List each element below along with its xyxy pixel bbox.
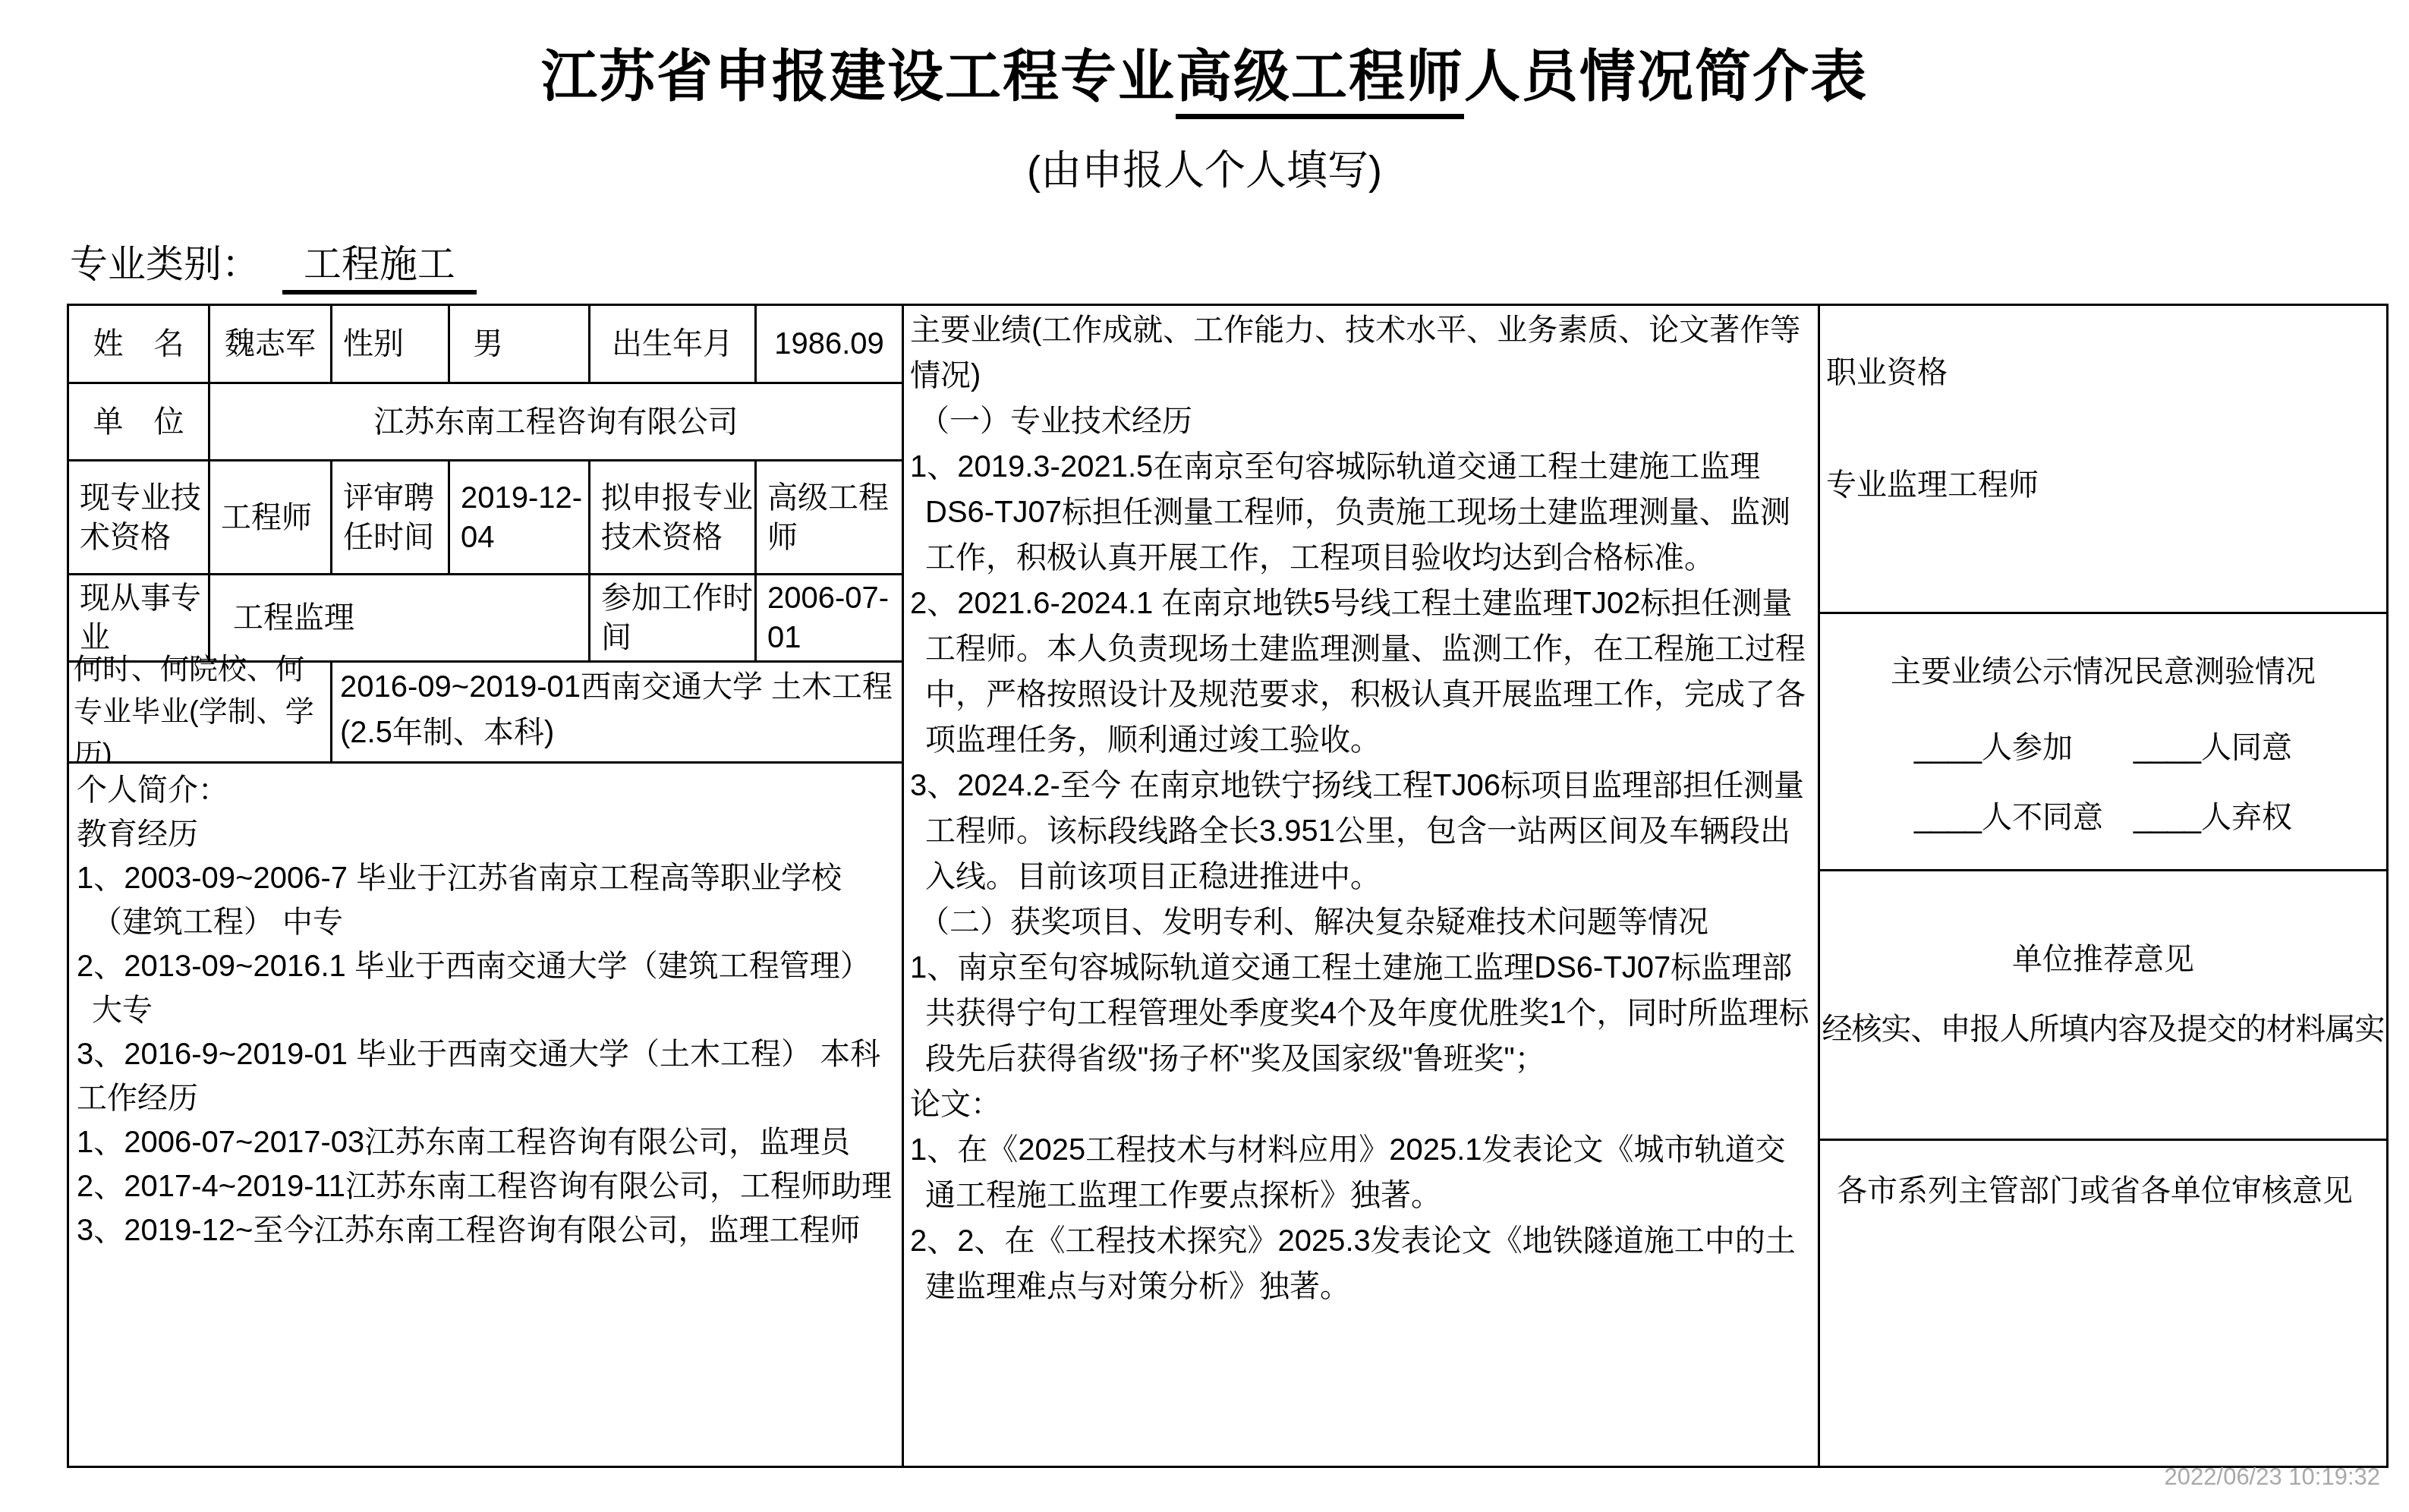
achievements-paragraph: 论文： — [910, 1082, 1810, 1127]
profile-heading: 个人简介： — [77, 768, 894, 812]
profile-line: 1、2003-09~2006-7 毕业于江苏省南京工程高等职业学校（建筑工程） … — [77, 856, 894, 944]
achievements-paragraph: 2、2021.6-2024.1 在南京地铁5号线工程土建监理TJ02标担任测量工… — [910, 581, 1810, 763]
page-title-suffix: 人员情况简介表 — [1464, 45, 1868, 108]
poll-title: 主要业绩公示情况民意测验情况 — [1820, 649, 2386, 695]
unit-value-cell: 江苏东南工程咨询有限公司 — [208, 382, 904, 461]
profile-line: 1、2006-07~2017-03江苏东南工程咨询有限公司，监理员 — [77, 1120, 894, 1164]
authority-review-box: 各市系列主管部门或省各单位审核意见 — [1818, 1139, 2389, 1468]
achievements-paragraph: 1、南京至句容城际轨道交通工程土建施工监理DS6-TJ07标监理部共获得宁句工程… — [910, 945, 1810, 1082]
achievements-paragraph: 1、2019.3-2021.5在南京至句容城际轨道交通工程土建施工监理DS6-T… — [910, 444, 1810, 581]
achievements-header: 主要业绩(工作成就、工作能力、技术水平、业务素质、论文著作等情况) — [910, 307, 1810, 398]
poll-line: ____人参加 ____人同意 — [1820, 725, 2386, 770]
qualification-title: 职业资格 — [1826, 350, 2379, 395]
appoint-label-cell: 评审聘任时间 — [330, 459, 450, 575]
poll-box: 主要业绩公示情况民意测验情况 ____人参加 ____人同意 ____人不同意 … — [1818, 612, 2389, 871]
category-value: 工程施工 — [282, 243, 477, 295]
apply-title-label-cell: 拟申报专业技术资格 — [588, 459, 757, 575]
timestamp: 2022/06/23 10:19:32 — [2165, 1463, 2380, 1491]
achievements-paragraph: （一）专业技术经历 — [910, 398, 1810, 444]
qualification-box: 职业资格 专业监理工程师 — [1818, 304, 2389, 614]
authority-review-title: 各市系列主管部门或省各单位审核意见 — [1837, 1168, 2379, 1214]
achievements-section: 主要业绩(工作成就、工作能力、技术水平、业务素质、论文著作等情况) （一）专业技… — [902, 304, 1820, 1468]
employer-opinion-text: 经核实、申报人所填内容及提交的材料属实 — [1820, 1006, 2386, 1052]
achievements-paragraph: 1、在《2025工程技术与材料应用》2025.1发表论文《城市轨道交通工程施工监… — [910, 1127, 1810, 1218]
unit-label-cell: 单 位 — [67, 382, 210, 461]
employer-opinion-box: 单位推荐意见 经核实、申报人所填内容及提交的材料属实 — [1818, 869, 2389, 1141]
education-value-cell: 2016-09~2019-01西南交通大学 土木工程 (2.5年制、本科) — [330, 660, 904, 764]
current-title-value-cell: 工程师 — [208, 459, 332, 575]
achievements-paragraph: （二）获奖项目、发明专利、解决复杂疑难技术问题等情况 — [910, 899, 1810, 945]
profile-line: 教育经历 — [77, 812, 894, 856]
profile-line: 2、2017-4~2019-11江苏东南工程咨询有限公司，工程师助理 — [77, 1164, 894, 1208]
page-title-underlined: 高级工程师 — [1176, 45, 1464, 119]
profile-section: 个人简介： 教育经历 1、2003-09~2006-7 毕业于江苏省南京工程高等… — [67, 761, 904, 1468]
page-title-prefix: 江苏省申报建设工程专业 — [541, 45, 1176, 108]
page-title: 江苏省申报建设工程专业高级工程师人员情况简介表 — [0, 32, 2409, 112]
education-label-cell: 何时、何院校、何专业毕业(学制、学历) — [67, 660, 332, 764]
gender-value-cell: 男 — [448, 304, 590, 384]
join-date-label-cell: 参加工作时间 — [588, 573, 757, 663]
profile-line: 3、2019-12~至今江苏东南工程咨询有限公司，监理工程师 — [77, 1208, 894, 1252]
profile-line: 3、2016-9~2019-01 毕业于西南交通大学（土木工程） 本科 — [77, 1032, 894, 1076]
category-label: 专业类别： — [70, 243, 260, 285]
qualification-value: 专业监理工程师 — [1826, 462, 2379, 508]
poll-line: ____人不同意 ____人弃权 — [1820, 795, 2386, 840]
current-title-label-cell: 现专业技术资格 — [67, 459, 210, 575]
achievements-paragraph: 3、2024.2-至今 在南京地铁宁扬线工程TJ06标项目监理部担任测量工程师。… — [910, 763, 1810, 899]
name-value-cell: 魏志军 — [208, 304, 332, 384]
apply-title-value-cell: 高级工程师 — [754, 459, 904, 575]
achievements-paragraph: 2、2、在《工程技术探究》2025.3发表论文《地铁隧道施工中的土建监理难点与对… — [910, 1218, 1810, 1309]
birth-label-cell: 出生年月 — [588, 304, 757, 384]
category-line: 专业类别：工程施工 — [70, 234, 477, 288]
gender-label-cell: 性别 — [330, 304, 450, 384]
profile-line: 2、2013-09~2016.1 毕业于西南交通大学（建筑工程管理） 大专 — [77, 944, 894, 1032]
birth-value-cell: 1986.09 — [754, 304, 904, 384]
name-label-cell: 姓 名 — [67, 304, 210, 384]
employer-opinion-title: 单位推荐意见 — [1820, 937, 2386, 982]
appoint-value-cell: 2019-12-04 — [448, 459, 590, 575]
profile-line: 工作经历 — [77, 1076, 894, 1120]
join-date-value-cell: 2006-07-01 — [754, 573, 904, 663]
page-subtitle: (由申报人个人填写) — [0, 138, 2409, 197]
